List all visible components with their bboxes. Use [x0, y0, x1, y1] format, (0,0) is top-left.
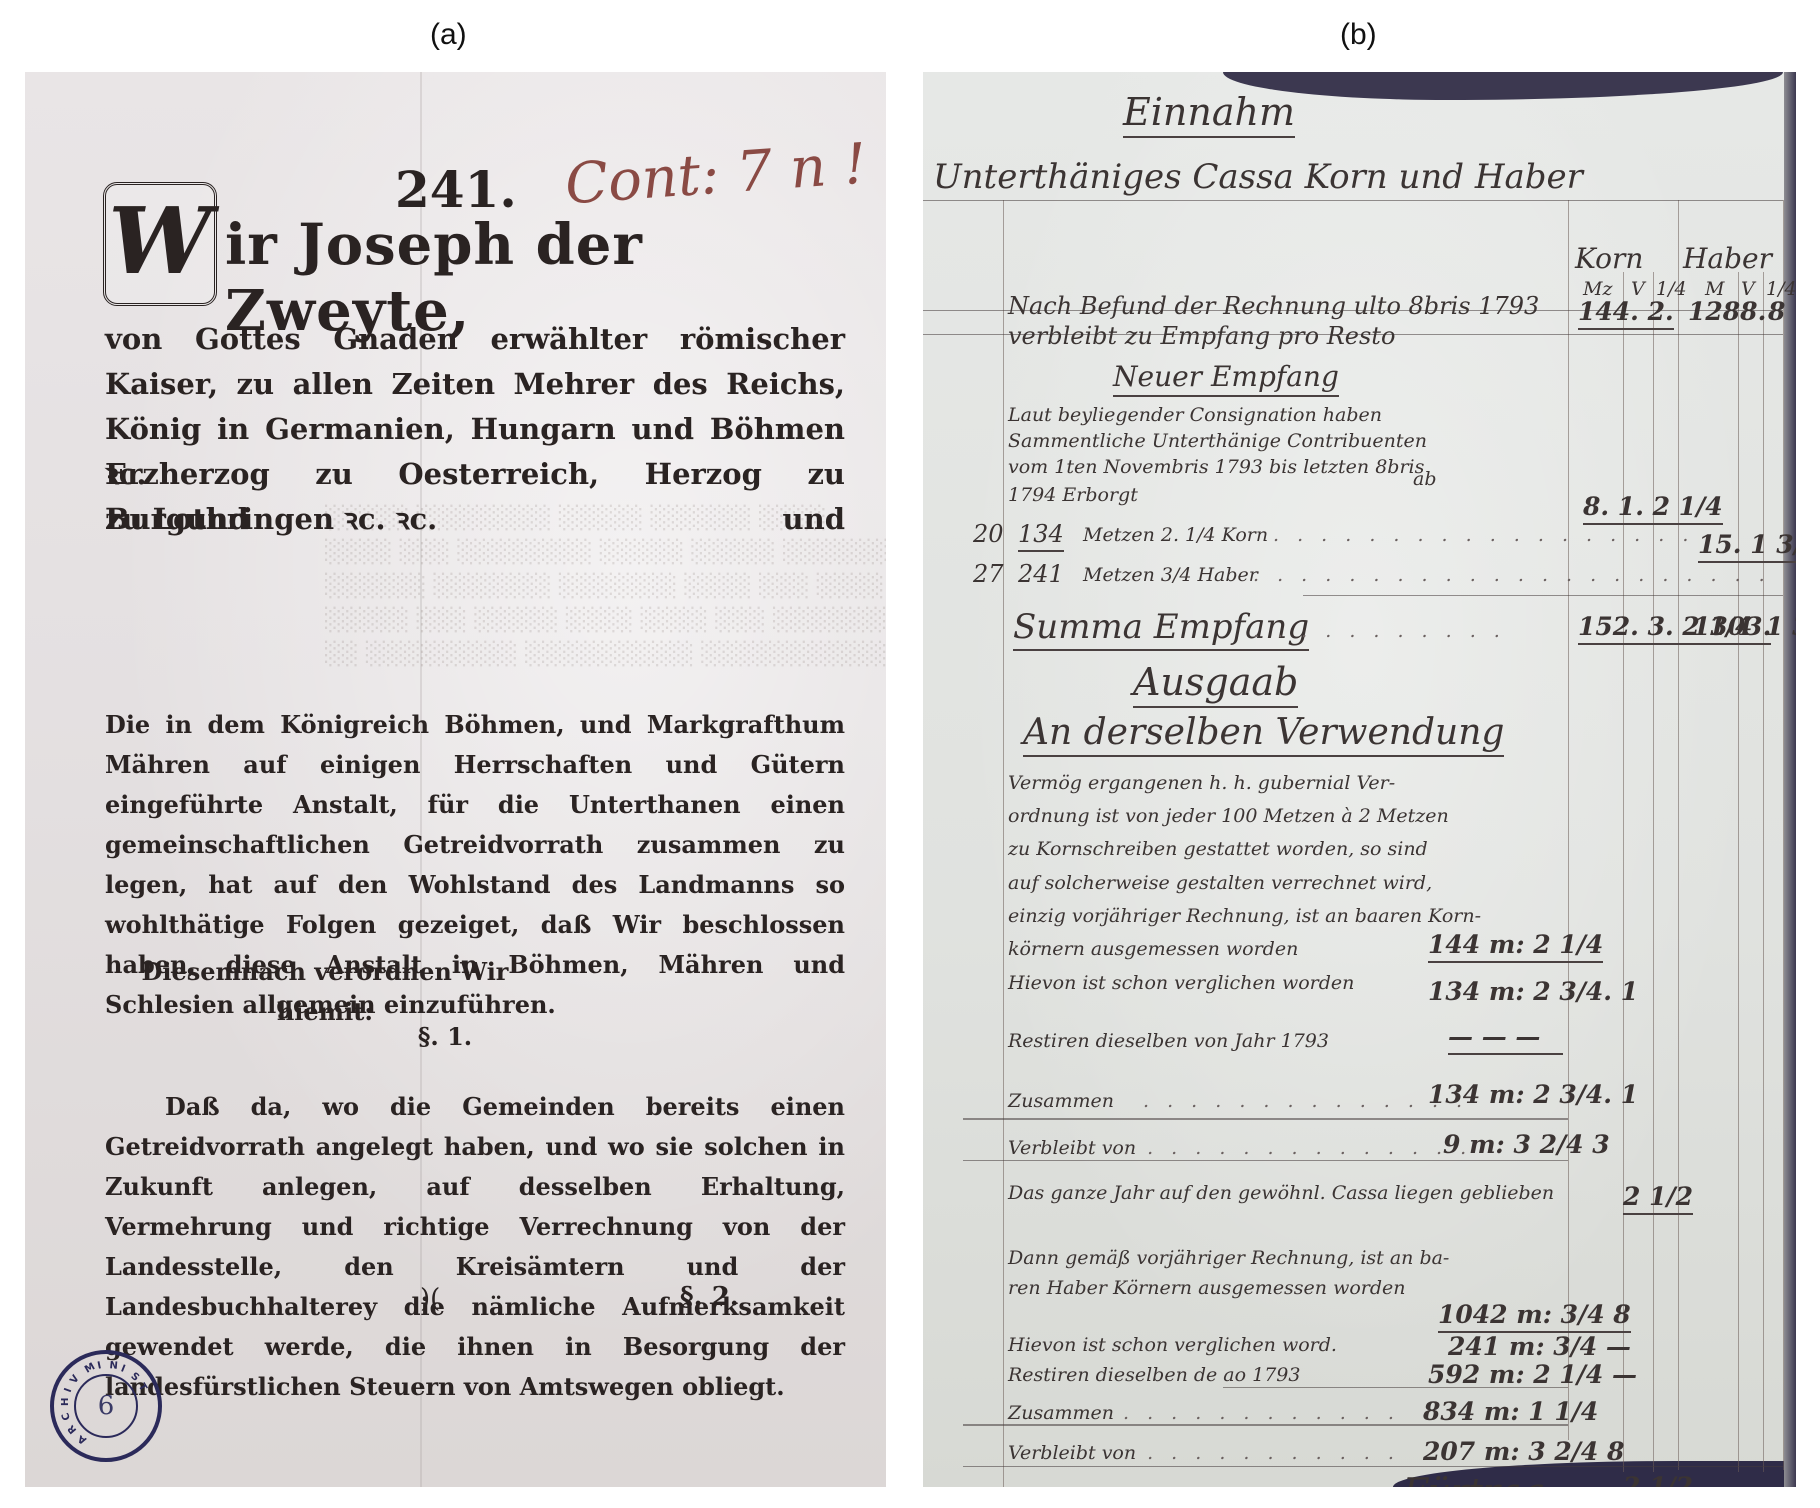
- section-1-mark: §. 1.: [405, 1017, 485, 1057]
- row-prefix: 27: [973, 560, 1004, 588]
- ledger-entry-text: Dann gemäß vorjähriger Rechnung, ist an …: [1008, 1247, 1449, 1269]
- ledger-row-text: vom 1ten Novembris 1793 bis letzten 8bri…: [1008, 456, 1424, 478]
- ledger-entry-text: körnern ausgemessen worden: [1008, 938, 1298, 960]
- printed-decree-page: ░░░░░ ░░░░░░░░ ░░░░░ ░░░░░░ ░░░░ ░░░░ ░░…: [25, 72, 886, 1487]
- sum-rule: [1303, 595, 1783, 596]
- ledger-heading: Einnahm: [1123, 90, 1295, 138]
- haber-value: 1288.: [1688, 297, 1766, 326]
- ledger-entry-text: Verbleibt von: [1008, 1442, 1136, 1464]
- ledger-entry-text: Hievon ist schon verglichen worden: [1008, 972, 1354, 994]
- leader-dots: . . . . . . . . . . . .: [1123, 1402, 1400, 1424]
- narrative-line: Vermög ergangenen h. h. gubernial Ver-: [1008, 772, 1395, 794]
- ledger-row-text: Metzen 2. 1/4 Korn: [1083, 524, 1268, 546]
- ledger-rule-haber-v: [1763, 272, 1764, 1472]
- leader-dots: . . . . . . . . . . . . . . .: [1123, 1137, 1472, 1159]
- korn-value: 144. 2.: [1578, 297, 1674, 330]
- ledger-note: ab: [1413, 468, 1437, 490]
- ledger-entry-text: Zusammen: [1008, 1090, 1114, 1112]
- leader-dots: . . . . . . . . . . . . . .: [1143, 1090, 1468, 1112]
- ledger-row-text: verbleibt zu Empfang pro Resto: [1008, 322, 1395, 350]
- korn-value: 8. 1. 2 1/4: [1583, 492, 1723, 525]
- ledger-rule-text-end: [1568, 200, 1569, 1440]
- panel-label-a: (a): [430, 18, 467, 52]
- leader-dots: . . . . . . . . . . . . . . . . . .: [1273, 524, 1694, 546]
- section-heading: An derselben Verwendung: [1023, 712, 1504, 757]
- ledger-entry-value: 144 m: 2 1/4: [1428, 930, 1603, 963]
- ledger-entry-value: 834 m: 1 1/4: [1423, 1397, 1598, 1426]
- section-heading: Ausgaab: [1133, 660, 1298, 708]
- ledger-subheading: Unterthäniges Cassa Korn und Haber: [933, 157, 1583, 197]
- narrative-line: zu Kornschreiben gestattet worden, so si…: [1008, 838, 1428, 860]
- haber-quarter-total: 1 3/4: [1766, 612, 1796, 641]
- subtotal-rule: [1223, 1387, 1568, 1388]
- ledger-entry-text: Das ganze Jahr auf den gewöhnl. Cassa li…: [1008, 1177, 1568, 1209]
- subtotal-rule: [963, 1160, 1568, 1161]
- ledger-entry-value: 592 m: 2 1/4 —: [1428, 1360, 1637, 1389]
- handwritten-ledger-page: Einnahm Unterthäniges Cassa Korn und Hab…: [923, 72, 1796, 1487]
- leader-dots: . . . . . . . . . . . .: [1123, 1442, 1400, 1464]
- intro-line: zu Lothringen ꝛc. ꝛc.: [105, 497, 845, 542]
- ledger-rule-haber-m: [1738, 272, 1739, 1472]
- catchword-mark: )(: [420, 1284, 440, 1314]
- archive-stamp: A R C H I V M I N I S T 6: [50, 1350, 162, 1462]
- ledger-rule-top: [923, 200, 1783, 201]
- ledger-entry-value: 9 m: 3 2/4 3: [1443, 1130, 1610, 1159]
- ledger-entry-text: Restiren dieselben von Jahr 1793: [1008, 1030, 1329, 1052]
- haber-value: 15. 1 3/4: [1698, 530, 1796, 563]
- ledger-entry-value: — — —: [1448, 1022, 1563, 1055]
- narrative-line: ordnung ist von jeder 100 Metzen à 2 Met…: [1008, 805, 1449, 827]
- decorative-initial: W: [103, 182, 217, 306]
- decree-number: 241.: [395, 160, 517, 219]
- subtotal-rule: [963, 1424, 1568, 1426]
- subtotal-rule: [963, 1466, 1783, 1467]
- ledger-entry-value: 241 m: 3/4 —: [1448, 1332, 1631, 1361]
- ledger-entry-value: 207 m: 3 2/4 8: [1423, 1437, 1624, 1466]
- carry-forward-label: Fürtrag: [1403, 1472, 1545, 1487]
- subtotal-rule: [963, 1118, 1568, 1120]
- ledger-rule-korn-end: [1678, 200, 1679, 1470]
- leader-dots: . . . . . . . . . . . . . . . . . . . . …: [1253, 564, 1771, 586]
- ledger-rule-left: [1003, 200, 1004, 1487]
- leader-dots: . . . . . . . . . . .: [1253, 620, 1506, 642]
- ledger-entry-value: 134 m: 2 3/4. 1: [1428, 1080, 1638, 1109]
- row-prefix: 20: [973, 520, 1004, 548]
- narrative-line: einzig vorjähriger Rechnung, ist an baar…: [1008, 905, 1481, 927]
- haber-total: 1303.: [1693, 612, 1771, 645]
- ledger-row-text: Sammentliche Unterthänige Contribuenten: [1008, 430, 1427, 452]
- ledger-entry-value: 1042 m: 3/4 8: [1438, 1300, 1631, 1333]
- handwritten-annotation: Cont: 7 n !: [563, 132, 868, 218]
- row-amount: 241: [1018, 560, 1064, 588]
- intro-line: von Gottes Gnaden erwählter römischer: [105, 317, 845, 362]
- row-amount: 134: [1018, 520, 1064, 552]
- haber-value: 2 1/2: [1623, 1182, 1693, 1215]
- ledger-rule-korn-v: [1653, 272, 1654, 1472]
- ledger-row-text: Metzen 3/4 Haber: [1083, 564, 1258, 586]
- ledger-entry-text: ren Haber Körnern ausgemessen worden: [1008, 1277, 1406, 1299]
- carry-forward-value: 2 1/2: [1623, 1472, 1693, 1487]
- column-header-haber: Haber: [1683, 242, 1772, 275]
- ledger-entry-text: Hievon ist schon verglichen word.: [1008, 1334, 1337, 1356]
- ledger-row-text: 1794 Erborgt: [1008, 484, 1138, 506]
- section-1-text: Daß da, wo die Gemeinden bereits einen G…: [105, 1087, 845, 1407]
- ledger-rule-right: [1783, 200, 1784, 1470]
- ledger-rule-korn-m: [1623, 272, 1624, 1472]
- panel-label-b: (b): [1340, 18, 1377, 52]
- torn-edge-top: [1223, 72, 1783, 100]
- section-2-mark: §. 2.: [680, 1282, 739, 1312]
- column-header-korn: Korn: [1575, 242, 1643, 275]
- section-heading: Neuer Empfang: [1113, 360, 1339, 397]
- ledger-row-text: Nach Befund der Rechnung ulto 8bris 1793: [1008, 292, 1539, 320]
- haber-quarter-value: 8: [1768, 297, 1785, 326]
- stamp-number: 6: [74, 1374, 138, 1438]
- ledger-entry-text: Restiren dieselben de ao 1793: [1008, 1364, 1300, 1386]
- ledger-entry-value: 134 m: 2 3/4. 1: [1428, 977, 1638, 1006]
- ledger-entry-text: Verbleibt von: [1008, 1137, 1136, 1159]
- intro-line: Kaiser, zu allen Zeiten Mehrer des Reich…: [105, 362, 845, 407]
- narrative-line: auf solcherweise gestalten verrechnet wi…: [1008, 872, 1432, 894]
- ledger-entry-text: Zusammen: [1008, 1402, 1114, 1424]
- ledger-row-text: Laut beyliegender Consignation haben: [1008, 404, 1382, 426]
